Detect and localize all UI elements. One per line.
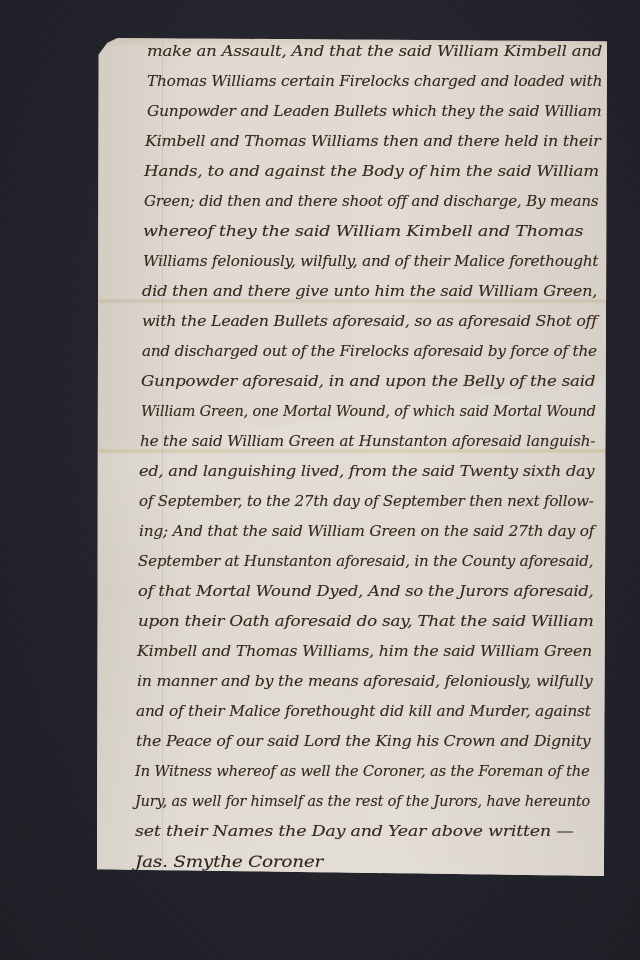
text-line: Green; did then and there shoot off and … [144, 192, 598, 210]
text-line: and discharged out of the Firelocks afor… [142, 342, 597, 360]
text-line: of that Mortal Wound Dyed, And so the Ju… [138, 582, 594, 600]
text-line: Hands, to and against the Body of him th… [144, 162, 599, 180]
text-line: William Green, one Mortal Wound, of whic… [141, 402, 596, 420]
text-line: and of their Malice forethought did kill… [136, 702, 591, 720]
manuscript-page: make an Assault, And that the said Willi… [97, 38, 607, 876]
text-line: ed, and languishing lived, from the said… [139, 462, 594, 480]
text-line: ing; And that the said William Green on … [139, 522, 594, 540]
text-line: of September, to the 27th day of Septemb… [139, 492, 594, 510]
text-line: Gunpowder aforesaid, in and upon the Bel… [141, 372, 595, 390]
text-line: upon their Oath aforesaid do say, That t… [138, 612, 594, 630]
coroner-signature: Jas. Smythe Coroner [135, 852, 323, 871]
text-line: Thomas Williams certain Firelocks charge… [147, 72, 602, 90]
text-line: Kimbell and Thomas Williams then and the… [145, 132, 601, 150]
text-line: the Peace of our said Lord the King his … [136, 732, 590, 750]
text-line: did then and there give unto him the sai… [142, 282, 597, 300]
text-line: whereof they the said William Kimbell an… [143, 222, 583, 240]
text-line: September at Hunstanton aforesaid, in th… [138, 552, 593, 570]
text-line: Williams feloniously, wilfully, and of t… [143, 252, 598, 270]
text-line: In Witness whereof as well the Coroner, … [135, 762, 590, 780]
text-line: in manner and by the means aforesaid, fe… [137, 672, 593, 690]
text-line: with the Leaden Bullets aforesaid, so as… [142, 312, 597, 330]
text-line: Gunpowder and Leaden Bullets which they … [147, 102, 602, 120]
text-line: set their Names the Day and Year above w… [135, 822, 573, 840]
text-line: Jury, as well for himself as the rest of… [135, 792, 590, 810]
text-line: he the said William Green at Hunstanton … [140, 432, 595, 450]
text-line: make an Assault, And that the said Willi… [147, 42, 602, 60]
text-line: Kimbell and Thomas Williams, him the sai… [137, 642, 592, 660]
